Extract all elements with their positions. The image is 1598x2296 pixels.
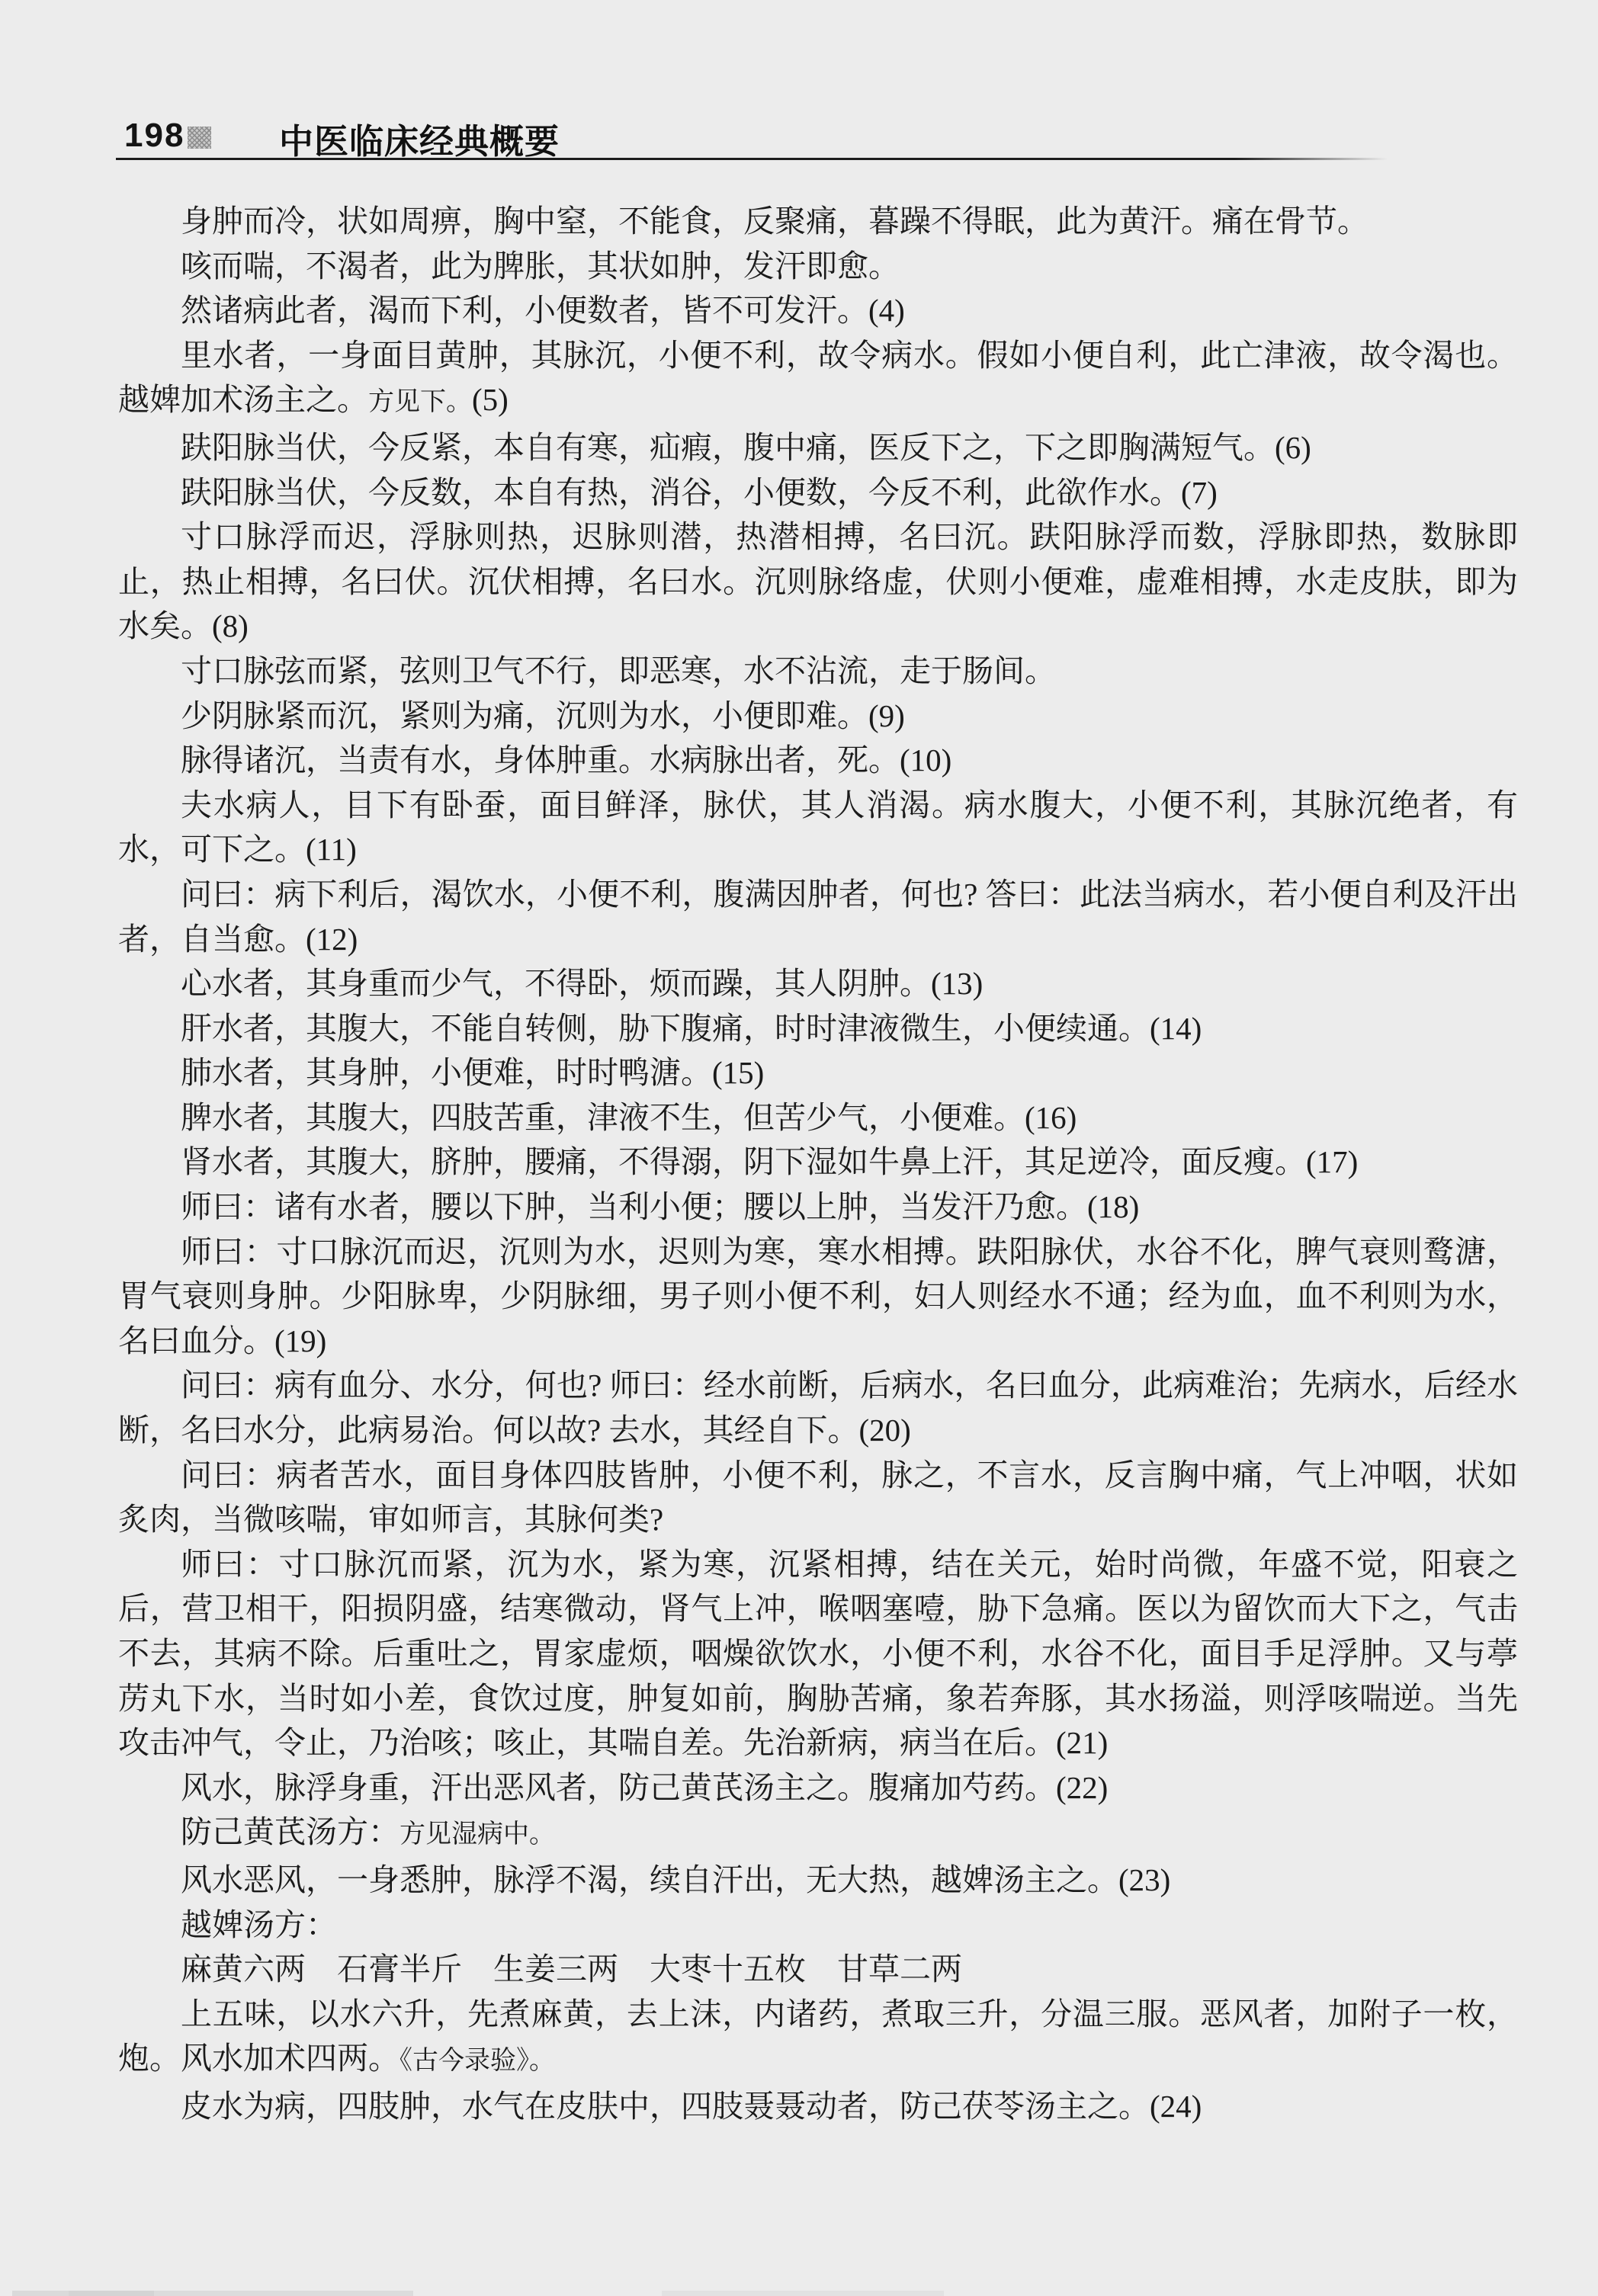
- text-segment: 师曰：诸有水者，腰以下肿，当利小便；腰以上肿，当发汗乃愈。(18): [181, 1189, 1139, 1224]
- paragraph: 然诸病此者，渴而下利，小便数者，皆不可发汗。(4): [118, 288, 1518, 333]
- text-segment: 肾水者，其腹大，脐肿，腰痛，不得溺，阴下湿如牛鼻上汗，其足逆冷，面反瘦。(17): [181, 1144, 1358, 1179]
- paragraph: 师曰：寸口脉沉而紧，沉为水，紧为寒，沉紧相搏，结在关元，始时尚微，年盛不觉，阳衰…: [118, 1542, 1518, 1765]
- text-segment: 肺水者，其身肿，小便难，时时鸭溏。(15): [181, 1055, 764, 1090]
- page-number: 198: [124, 117, 185, 155]
- text-segment: 趺阳脉当伏，今反数，本自有热，消谷，小便数，今反不利，此欲作水。(7): [181, 475, 1218, 510]
- book-title: 中医临床经典概要: [279, 114, 560, 163]
- paragraph: 少阴脉紧而沉，紧则为痛，沉则为水，小便即难。(9): [118, 694, 1518, 739]
- text-segment: 问曰：病下利后，渴饮水，小便不利，腹满因肿者，何也? 答曰：此法当病水，若小便自…: [118, 877, 1518, 957]
- paragraph: 脉得诸沉，当责有水，身体肿重。水病脉出者，死。(10): [118, 738, 1518, 783]
- paragraph: 心水者，其身重而少气，不得卧，烦而躁，其人阴肿。(13): [118, 961, 1518, 1006]
- paragraph: 趺阳脉当伏，今反紧，本自有寒，疝瘕，腹中痛，医反下之，下之即胸满短气。(6): [118, 425, 1518, 470]
- header-rule: [116, 158, 1388, 160]
- text-segment: 少阴脉紧而沉，紧则为痛，沉则为水，小便即难。(9): [181, 698, 905, 733]
- paragraph: 越婢汤方：: [118, 1903, 1518, 1948]
- inline-note: 《古今录验》。: [399, 2047, 555, 2075]
- text-segment: 然诸病此者，渴而下利，小便数者，皆不可发汗。(4): [181, 293, 905, 328]
- scan-artifact: [154, 2291, 413, 2296]
- inline-note: 方见下。: [368, 388, 472, 416]
- paragraph: 问曰：病者苦水，面目身体四肢皆肿，小便不利，脉之，不言水，反言胸中痛，气上冲咽，…: [118, 1453, 1518, 1542]
- paragraph: 皮水为病，四肢肿，水气在皮肤中，四肢聂聂动者，防己茯苓汤主之。(24): [118, 2084, 1518, 2129]
- paragraph: 夫水病人，目下有卧蚕，面目鲜泽，脉伏，其人消渴。病水腹大，小便不利，其脉沉绝者，…: [118, 783, 1518, 872]
- paragraph: 趺阳脉当伏，今反数，本自有热，消谷，小便数，今反不利，此欲作水。(7): [118, 470, 1518, 515]
- paragraph: 师曰：寸口脉沉而迟，沉则为水，迟则为寒，寒水相搏。趺阳脉伏，水谷不化，脾气衰则鹜…: [118, 1230, 1518, 1364]
- text-segment: 脾水者，其腹大，四肢苦重，津液不生，但苦少气，小便难。(16): [181, 1100, 1077, 1135]
- text-segment: 越婢汤方：: [181, 1907, 337, 1942]
- text-segment: 问曰：病者苦水，面目身体四肢皆肿，小便不利，脉之，不言水，反言胸中痛，气上冲咽，…: [118, 1457, 1518, 1538]
- paragraph: 里水者，一身面目黄肿，其脉沉，小便不利，故令病水。假如小便自利，此亡津液，故令渴…: [118, 333, 1518, 425]
- text-segment: (5): [472, 382, 509, 417]
- text-segment: 防己黄芪汤方：: [181, 1814, 399, 1849]
- text-segment: 咳而喘，不渴者，此为脾胀，其状如肿，发汗即愈。: [181, 249, 900, 284]
- book-page: 198 中医临床经典概要 身肿而冷，状如周痹，胸中窒，不能食，反聚痛，暮躁不得眠…: [0, 0, 1598, 2296]
- text-segment: 师曰：寸口脉沉而紧，沉为水，紧为寒，沉紧相搏，结在关元，始时尚微，年盛不觉，阳衰…: [118, 1547, 1518, 1760]
- text-segment: 夫水病人，目下有卧蚕，面目鲜泽，脉伏，其人消渴。病水腹大，小便不利，其脉沉绝者，…: [118, 787, 1518, 867]
- text-segment: 问曰：病有血分、水分，何也? 师曰：经水前断，后病水，名曰血分，此病难治；先病水…: [118, 1368, 1518, 1448]
- paragraph: 上五味，以水六升，先煮麻黄，去上沫，内诸药，煮取三升，分温三服。恶风者，加附子一…: [118, 1992, 1518, 2084]
- text-segment: 风水恶风，一身悉肿，脉浮不渴，续自汗出，无大热，越婢汤主之。(23): [181, 1862, 1170, 1897]
- scan-artifact: [662, 2291, 944, 2296]
- scan-artifact: [12, 2291, 69, 2296]
- paragraph: 风水，脉浮身重，汗出恶风者，防己黄芪汤主之。腹痛加芍药。(22): [118, 1765, 1518, 1810]
- paragraph: 防己黄芪汤方：方见湿病中。: [118, 1810, 1518, 1858]
- text-segment: 麻黄六两 石膏半斤 生姜三两 大枣十五枚 甘草二两: [181, 1951, 962, 1987]
- text-segment: 师曰：寸口脉沉而迟，沉则为水，迟则为寒，寒水相搏。趺阳脉伏，水谷不化，脾气衰则鹜…: [118, 1234, 1518, 1358]
- paragraph: 问曰：病有血分、水分，何也? 师曰：经水前断，后病水，名曰血分，此病难治；先病水…: [118, 1363, 1518, 1452]
- paragraph: 肝水者，其腹大，不能自转侧，胁下腹痛，时时津液微生，小便续通。(14): [118, 1006, 1518, 1051]
- text-segment: 上五味，以水六升，先煮麻黄，去上沫，内诸药，煮取三升，分温三服。恶风者，加附子一…: [118, 1996, 1518, 2076]
- paragraph: 咳而喘，不渴者，此为脾胀，其状如肿，发汗即愈。: [118, 244, 1518, 289]
- text-segment: 趺阳脉当伏，今反紧，本自有寒，疝瘕，腹中痛，医反下之，下之即胸满短气。(6): [181, 430, 1311, 465]
- hatched-square-icon: [188, 127, 211, 149]
- paragraph: 身肿而冷，状如周痹，胸中窒，不能食，反聚痛，暮躁不得眠，此为黄汗。痛在骨节。: [118, 199, 1518, 244]
- paragraph: 麻黄六两 石膏半斤 生姜三两 大枣十五枚 甘草二两: [118, 1947, 1518, 1992]
- paragraph: 风水恶风，一身悉肿，脉浮不渴，续自汗出，无大热，越婢汤主之。(23): [118, 1858, 1518, 1903]
- paragraph: 脾水者，其腹大，四肢苦重，津液不生，但苦少气，小便难。(16): [118, 1095, 1518, 1140]
- text-segment: 寸口脉浮而迟，浮脉则热，迟脉则潜，热潜相搏，名曰沉。趺阳脉浮而数，浮脉即热，数脉…: [118, 519, 1518, 643]
- text-segment: 脉得诸沉，当责有水，身体肿重。水病脉出者，死。(10): [181, 742, 951, 778]
- paragraph: 师曰：诸有水者，腰以下肿，当利小便；腰以上肿，当发汗乃愈。(18): [118, 1185, 1518, 1230]
- paragraph: 肾水者，其腹大，脐肿，腰痛，不得溺，阴下湿如牛鼻上汗，其足逆冷，面反瘦。(17): [118, 1140, 1518, 1185]
- text-segment: 风水，脉浮身重，汗出恶风者，防己黄芪汤主之。腹痛加芍药。(22): [181, 1770, 1108, 1805]
- paragraph: 肺水者，其身肿，小便难，时时鸭溏。(15): [118, 1050, 1518, 1095]
- text-segment: 里水者，一身面目黄肿，其脉沉，小便不利，故令病水。假如小便自利，此亡津液，故令渴…: [118, 338, 1518, 418]
- paragraph: 寸口脉弦而紧，弦则卫气不行，即恶寒，水不沾流，走于肠间。: [118, 649, 1518, 694]
- inline-note: 方见湿病中。: [399, 1820, 555, 1849]
- text-segment: 寸口脉弦而紧，弦则卫气不行，即恶寒，水不沾流，走于肠间。: [181, 653, 1056, 688]
- paragraph: 问曰：病下利后，渴饮水，小便不利，腹满因肿者，何也? 答曰：此法当病水，若小便自…: [118, 872, 1518, 961]
- text-segment: 肝水者，其腹大，不能自转侧，胁下腹痛，时时津液微生，小便续通。(14): [181, 1011, 1202, 1046]
- text-segment: 身肿而冷，状如周痹，胸中窒，不能食，反聚痛，暮躁不得眠，此为黄汗。痛在骨节。: [181, 204, 1369, 239]
- text-segment: 心水者，其身重而少气，不得卧，烦而躁，其人阴肿。(13): [181, 966, 983, 1001]
- scan-artifact: [69, 2291, 154, 2296]
- body-text: 身肿而冷，状如周痹，胸中窒，不能食，反聚痛，暮躁不得眠，此为黄汗。痛在骨节。咳而…: [118, 199, 1518, 2129]
- paragraph: 寸口脉浮而迟，浮脉则热，迟脉则潜，热潜相搏，名曰沉。趺阳脉浮而数，浮脉即热，数脉…: [118, 515, 1518, 649]
- text-segment: 皮水为病，四肢肿，水气在皮肤中，四肢聂聂动者，防己茯苓汤主之。(24): [181, 2089, 1202, 2124]
